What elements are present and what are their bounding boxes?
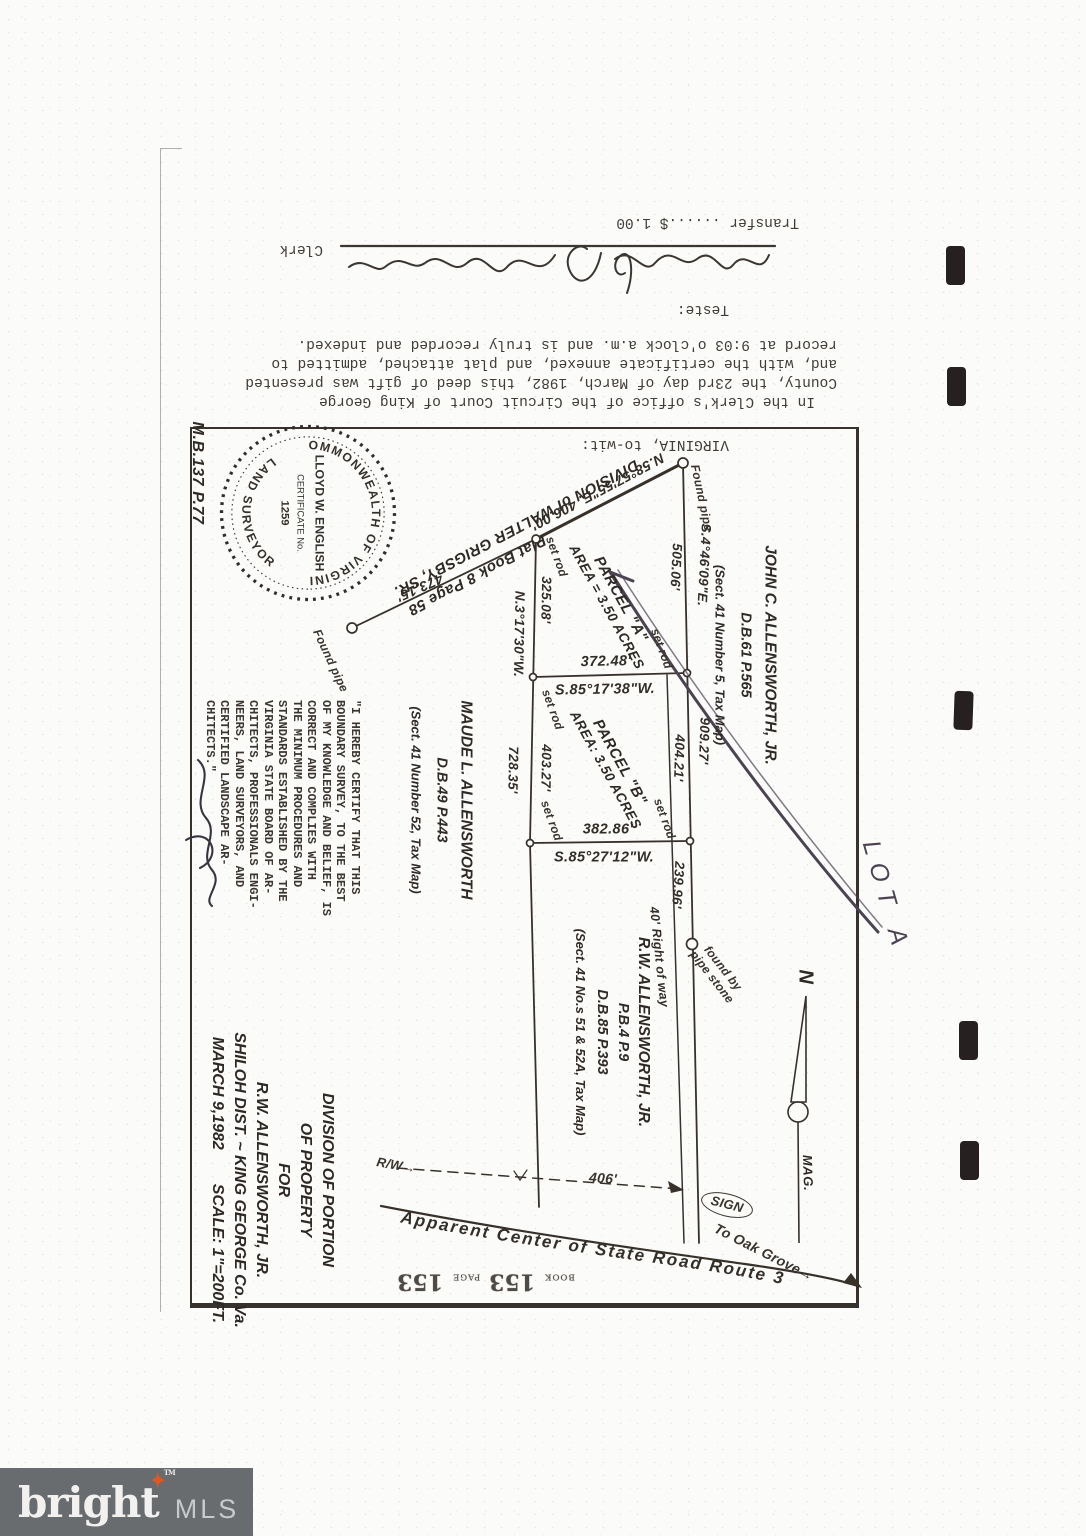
seal-graphic: COMMONWEALTH OF VIRGINIA LAND SURVEYOR L… bbox=[214, 419, 402, 607]
survey-date: MARCH 9,1982 bbox=[206, 1037, 228, 1150]
binding-mark bbox=[953, 691, 973, 731]
certification-block: "I HEREBY CERTIFY THAT THIS BOUNDARY SUR… bbox=[202, 700, 362, 916]
binding-mark bbox=[947, 367, 966, 406]
owner-rw-block: R.W. ALLENSWORTH, JR. P.B.4 P.9 D.B.85 P… bbox=[570, 929, 654, 1136]
recording-body: In the Clerk's office of the Circuit Cou… bbox=[215, 334, 837, 410]
margin-book-note: M.B.137 P.77 bbox=[188, 422, 206, 525]
dim-403: 403.27' bbox=[538, 744, 554, 792]
dim-404: 404.21' bbox=[670, 734, 687, 782]
brand-mls-label: MLS bbox=[175, 1494, 240, 1525]
paper-edge-notch bbox=[160, 148, 182, 149]
mag-label: MAG. bbox=[799, 1155, 815, 1192]
paper-edge-line bbox=[160, 148, 161, 1312]
clerk-signature-row: Clerk bbox=[215, 239, 777, 297]
teste-label: Teste: bbox=[215, 299, 729, 318]
road-dim-406: 406' bbox=[589, 1169, 618, 1187]
dim-372: 372.48' bbox=[581, 653, 632, 671]
binding-mark bbox=[959, 1021, 978, 1060]
transfer-line: Transfer ......$ 1.00 bbox=[215, 212, 799, 231]
scanned-plat-page: VIRGINIA, to-wit: In the Clerk's office … bbox=[0, 0, 1086, 1536]
seal-dotted-ring bbox=[232, 437, 384, 589]
title-block: DIVISION OF PORTION OF PROPERTY FOR R.W.… bbox=[206, 1015, 338, 1345]
recording-statement: VIRGINIA, to-wit: In the Clerk's office … bbox=[215, 212, 847, 453]
binding-mark bbox=[960, 1141, 979, 1180]
survey-scale: SCALE: 1"=200FT. bbox=[206, 1184, 228, 1323]
binding-mark bbox=[946, 246, 965, 285]
seal-arc-bottom: LAND SURVEYOR bbox=[239, 455, 279, 570]
brand-star-icon: ✦ bbox=[150, 1470, 165, 1492]
bright-mls-watermark: bright ✦ TM MLS bbox=[0, 1468, 253, 1536]
dim-728: 728.35' bbox=[505, 746, 521, 794]
bearing-south: S.85°27'12"W. bbox=[554, 850, 654, 867]
seal-cert-number: 1259 bbox=[279, 500, 291, 525]
dim-382: 382.86' bbox=[583, 822, 634, 839]
lot-a-pen-note: LOT A bbox=[856, 837, 916, 957]
seal-cert-label: CERTIFICATE No. bbox=[296, 474, 307, 552]
clerk-signature bbox=[337, 239, 777, 297]
book-page-stamp: BOOK 153 PAGE 153 bbox=[397, 1268, 575, 1293]
owner-maude-block: MAUDE L. ALLENSWORTH D.B.49 P.443 (Sect.… bbox=[404, 701, 479, 900]
clerk-label: Clerk bbox=[279, 239, 323, 258]
brand-tm: TM bbox=[164, 1468, 175, 1477]
surveyor-seal: COMMONWEALTH OF VIRGINIA LAND SURVEYOR L… bbox=[214, 419, 402, 607]
svg-text:LAND SURVEYOR: LAND SURVEYOR bbox=[239, 455, 279, 570]
dim-325: 325.08' bbox=[538, 576, 554, 624]
bearing-west: N.3°17'30"W. bbox=[510, 591, 527, 678]
owner-john-block: JOHN C. ALLENSWORTH, JR. D.B.61 P.565 (S… bbox=[708, 545, 783, 765]
bearing-mid: S.85°17'38"W. bbox=[555, 681, 655, 699]
seal-name: LLOYD W. ENGLISH bbox=[313, 455, 327, 572]
dim-239: 239.96' bbox=[669, 861, 688, 909]
brand-wordmark: bright ✦ TM bbox=[18, 1478, 159, 1527]
dim-505: 505.06' bbox=[667, 543, 685, 591]
north-label: N bbox=[794, 969, 817, 984]
